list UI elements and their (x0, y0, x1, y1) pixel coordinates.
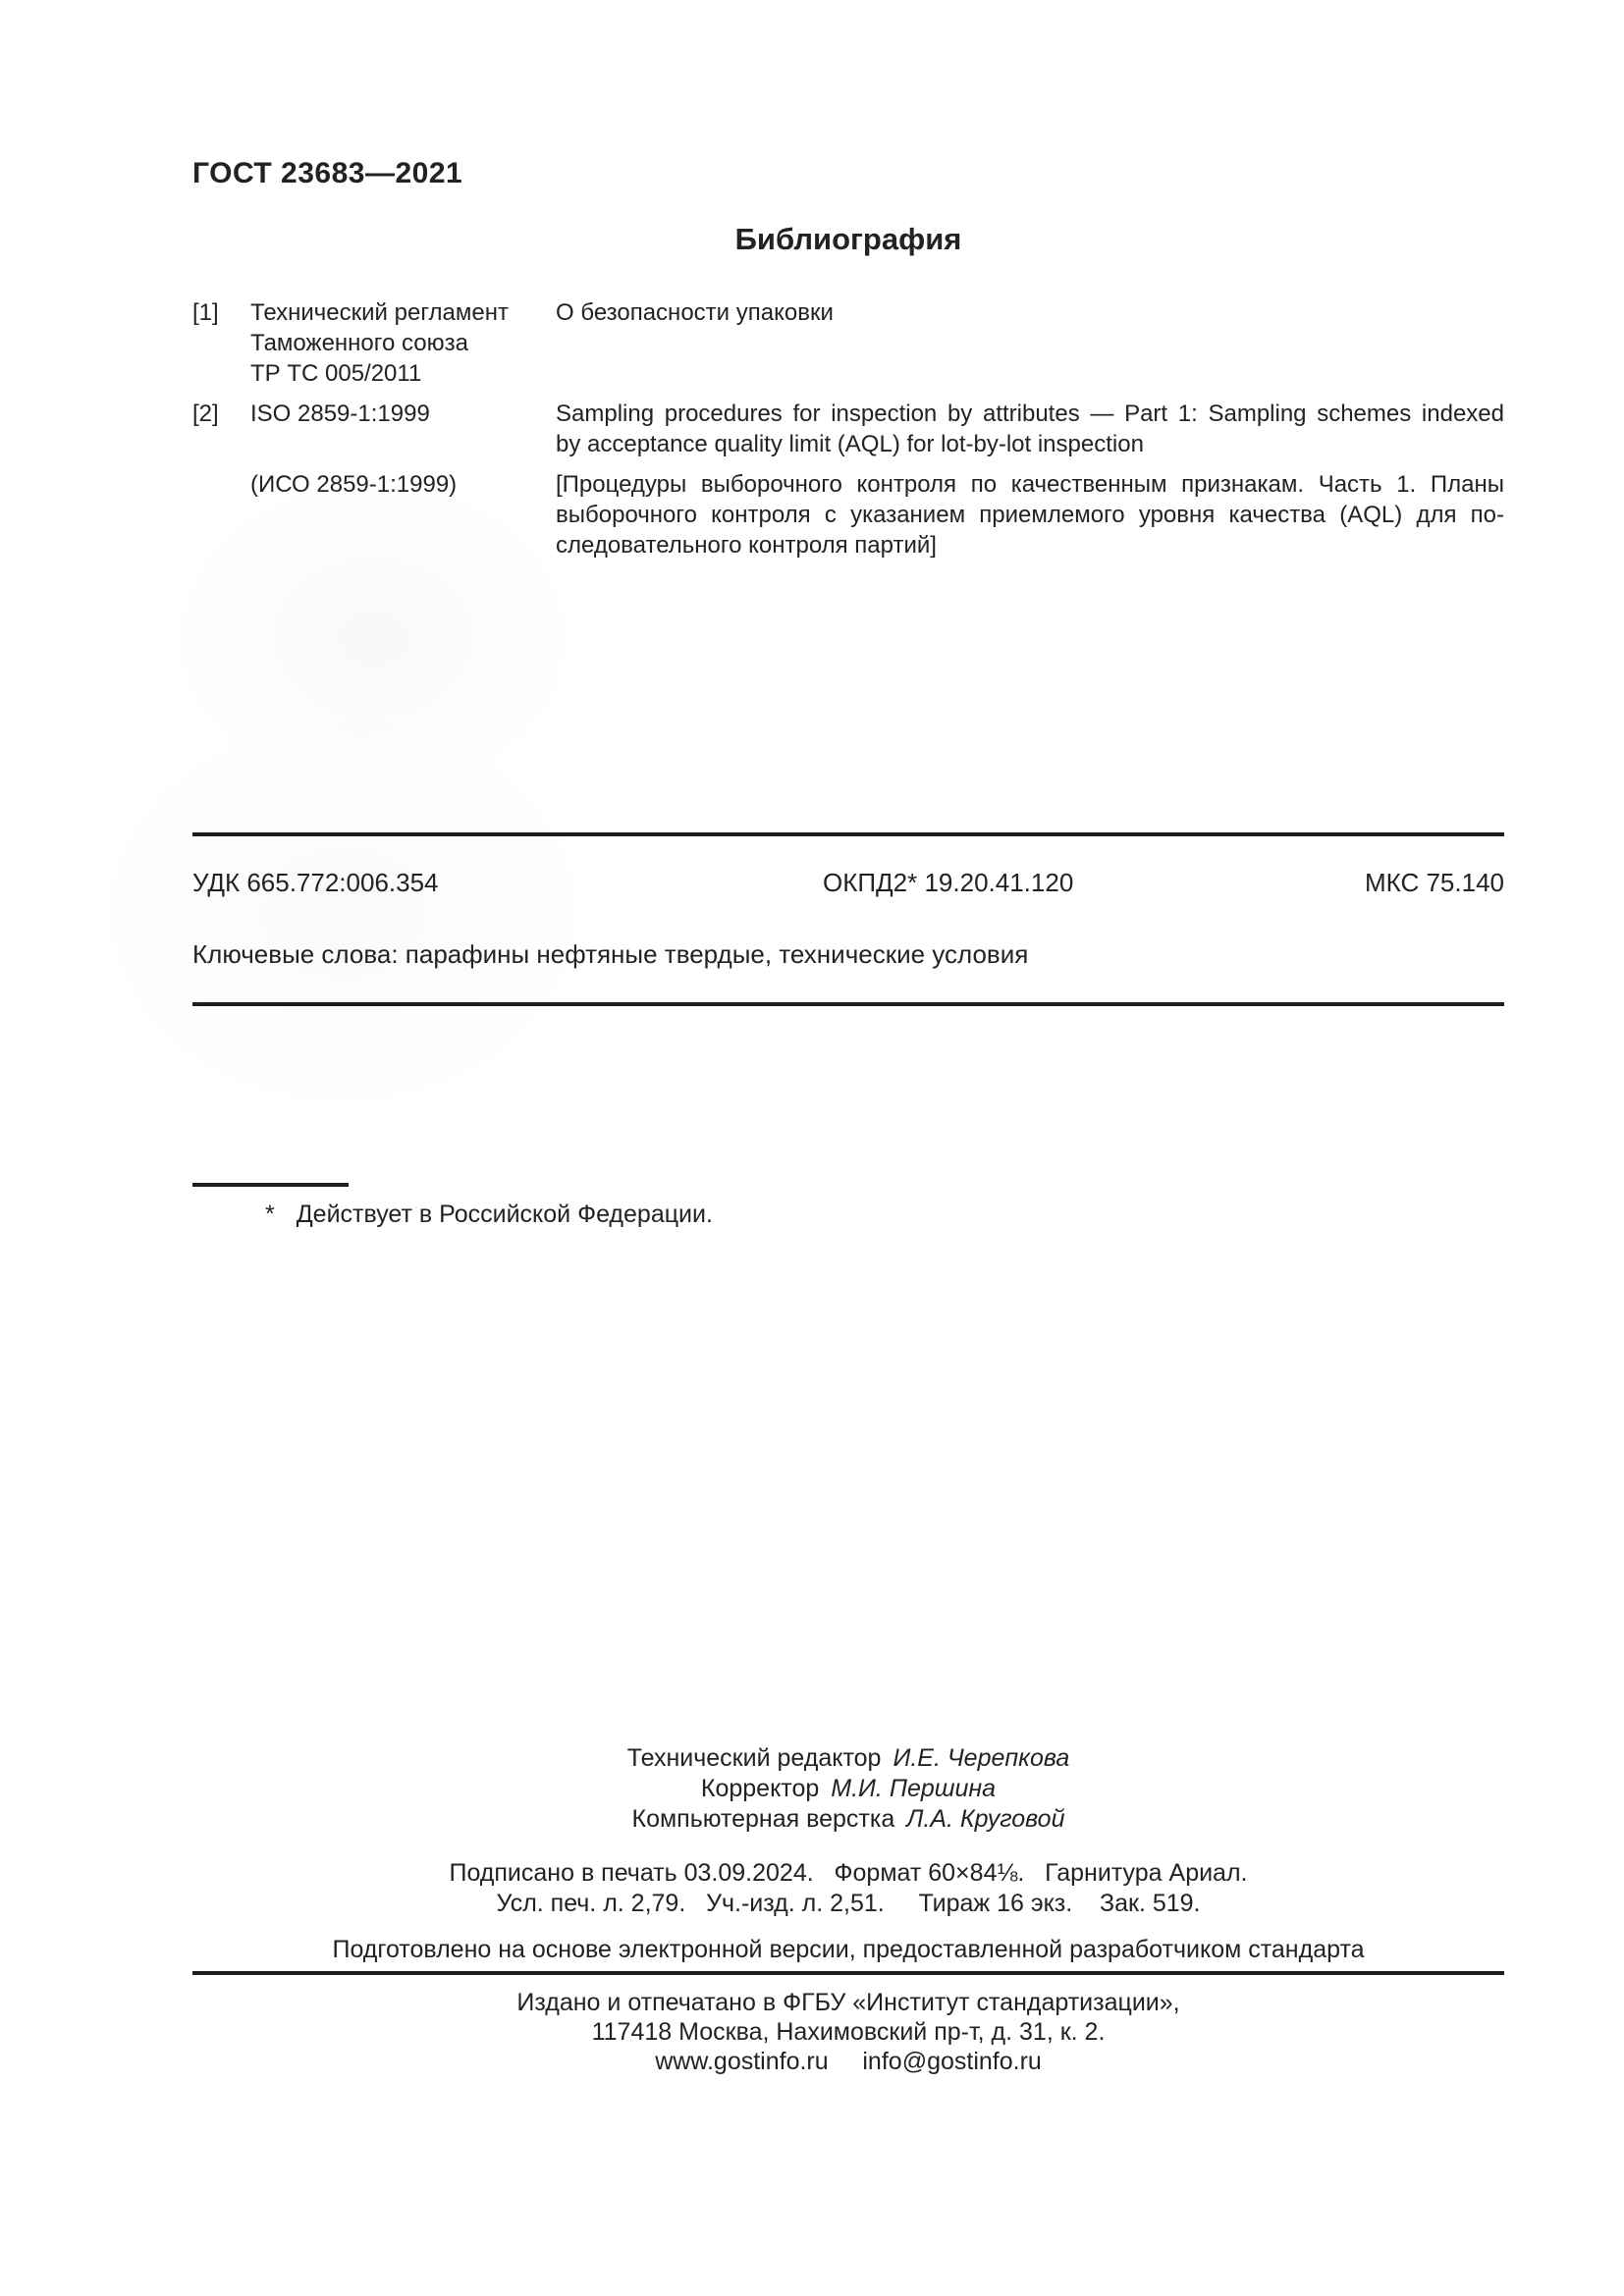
colophon-role-line: Компьютерная версткаЛ.А. Круговой (192, 1804, 1504, 1834)
publisher-address-line: 117418 Москва, Нахимовский пр-т, д. 31, … (192, 2017, 1504, 2047)
bib-entry-1: [1] Технический регламент Таможенного со… (192, 297, 1504, 389)
bib-entry-reference: ISO 2859-1:1999 (250, 399, 556, 429)
role-name: М.И. Першина (831, 1775, 996, 1802)
colophon-role-line: Технический редакторИ.Е. Черепкова (192, 1743, 1504, 1773)
udk-code: УДК 665.772:006.354 (192, 868, 439, 897)
print-info-line-2: Усл. печ. л. 2,79. Уч.-изд. л. 2,51. Тир… (192, 1889, 1504, 1918)
codes-row: УДК 665.772:006.354 ОКПД2* 19.20.41.120 … (192, 868, 1504, 898)
bib-entry-description: [Процедуры выборочного контроля по качес… (556, 469, 1504, 561)
publisher-name-line: Издано и отпечатано в ФГБУ «Институт ста… (192, 1988, 1504, 2017)
colophon-role-line: КорректорМ.И. Першина (192, 1774, 1504, 1803)
role-label: Технический редактор (627, 1744, 882, 1772)
doc-code: ГОСТ 23683—2021 (192, 157, 1504, 190)
bib-desc-line: [Процедуры выборочного контроля по качес… (556, 469, 1504, 500)
divider-rule-bottom (192, 1002, 1504, 1006)
section-title: Библиография (192, 222, 1504, 257)
bib-desc-line: by acceptance quality limit (AQL) for lo… (556, 429, 1504, 459)
bib-ref-line: ТР ТС 005/2011 (250, 358, 556, 389)
mks-code: МКС 75.140 (1365, 868, 1504, 898)
bib-entry-number: [1] (192, 297, 250, 328)
bib-entry-2-translation: (ИСО 2859-1:1999) [Процедуры выборочного… (192, 469, 1504, 561)
bib-entry-reference: (ИСО 2859-1:1999) (250, 469, 556, 500)
bib-desc-line: следовательного контроля партий] (556, 530, 1504, 561)
page: { "page": { "doc_code": "ГОСТ 23683—2021… (0, 0, 1624, 2296)
role-label: Корректор (701, 1775, 819, 1802)
bib-entry-reference: Технический регламент Таможенного союза … (250, 297, 556, 389)
bib-entry-description: Sampling procedures for inspection by at… (556, 399, 1504, 459)
scan-artifact (88, 707, 599, 1119)
bib-entry-2: [2] ISO 2859-1:1999 Sampling procedures … (192, 399, 1504, 459)
okpd2-code: ОКПД2* 19.20.41.120 (823, 868, 1073, 898)
role-label: Компьютерная верстка (632, 1805, 895, 1833)
bib-desc-line: Sampling procedures for inspection by at… (556, 399, 1504, 429)
bib-desc-line: выборочного контроля с указанием приемле… (556, 500, 1504, 530)
bibliography: [1] Технический регламент Таможенного со… (192, 297, 1504, 570)
bib-ref-line: Технический регламент (250, 297, 556, 328)
print-info-line-1: Подписано в печать 03.09.2024. Формат 60… (192, 1858, 1504, 1888)
footnote: *Действует в Российской Федерации. (192, 1200, 1504, 1229)
bib-entry-description: О безопасности упаковки (556, 297, 1504, 328)
publisher-contacts-line: www.gostinfo.ru info@gostinfo.ru (192, 2047, 1504, 2076)
footnote-marker: * (265, 1201, 275, 1228)
keywords-line: Ключевые слова: парафины нефтяные тверды… (192, 939, 1504, 970)
divider-rule-top (192, 832, 1504, 836)
role-name: Л.А. Круговой (906, 1805, 1064, 1833)
prepared-note-line: Подготовлено на основе электронной верси… (192, 1935, 1504, 1964)
footnote-rule (192, 1183, 349, 1187)
bib-entry-number: [2] (192, 399, 250, 429)
footnote-text: Действует в Российской Федерации. (297, 1201, 713, 1228)
bib-ref-line: Таможенного союза (250, 328, 556, 358)
role-name: И.Е. Черепкова (893, 1744, 1069, 1772)
publisher-rule (192, 1971, 1504, 1975)
